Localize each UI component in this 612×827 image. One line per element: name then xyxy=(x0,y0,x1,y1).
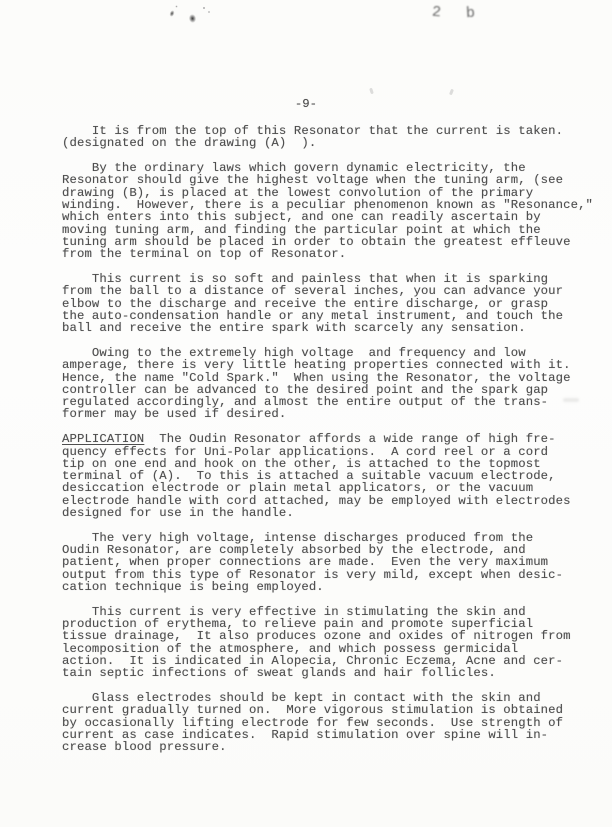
application-body: The Oudin Resonator affords a wide range… xyxy=(62,432,571,520)
paragraph-application: APPLICATION The Oudin Resonator affords … xyxy=(62,433,607,519)
ink-blot-icon: b xyxy=(466,6,476,21)
paragraph-skin-stimulation: This current is very effective in stimul… xyxy=(62,606,607,680)
ink-blot-icon: 2 xyxy=(431,5,441,21)
ink-speck-icon xyxy=(175,5,178,8)
ink-smudge-icon xyxy=(187,12,198,24)
paragraph-glass-electrodes: Glass electrodes should be kept in conta… xyxy=(62,692,607,753)
ink-speck-icon xyxy=(203,7,205,9)
page-number: -9- xyxy=(0,98,612,110)
document-text-block: It is from the top of this Resonator tha… xyxy=(62,125,607,766)
paragraph-high-voltage-discharges: The very high voltage, intense discharge… xyxy=(62,532,607,593)
faint-mark-icon xyxy=(369,88,374,95)
paragraph-cold-spark: Owing to the extremely high voltage and … xyxy=(62,347,607,421)
scanned-document-page: 2 b -9- It is from the top of this Reson… xyxy=(0,0,612,827)
paragraph-current-taken: It is from the top of this Resonator tha… xyxy=(62,125,607,150)
faint-mark-icon xyxy=(449,89,454,96)
paragraph-resonance: By the ordinary laws which govern dynami… xyxy=(62,162,607,260)
ink-smudge-icon xyxy=(168,8,177,19)
ink-speck-icon xyxy=(208,11,210,13)
paragraph-soft-painless: This current is so soft and painless tha… xyxy=(62,273,607,334)
